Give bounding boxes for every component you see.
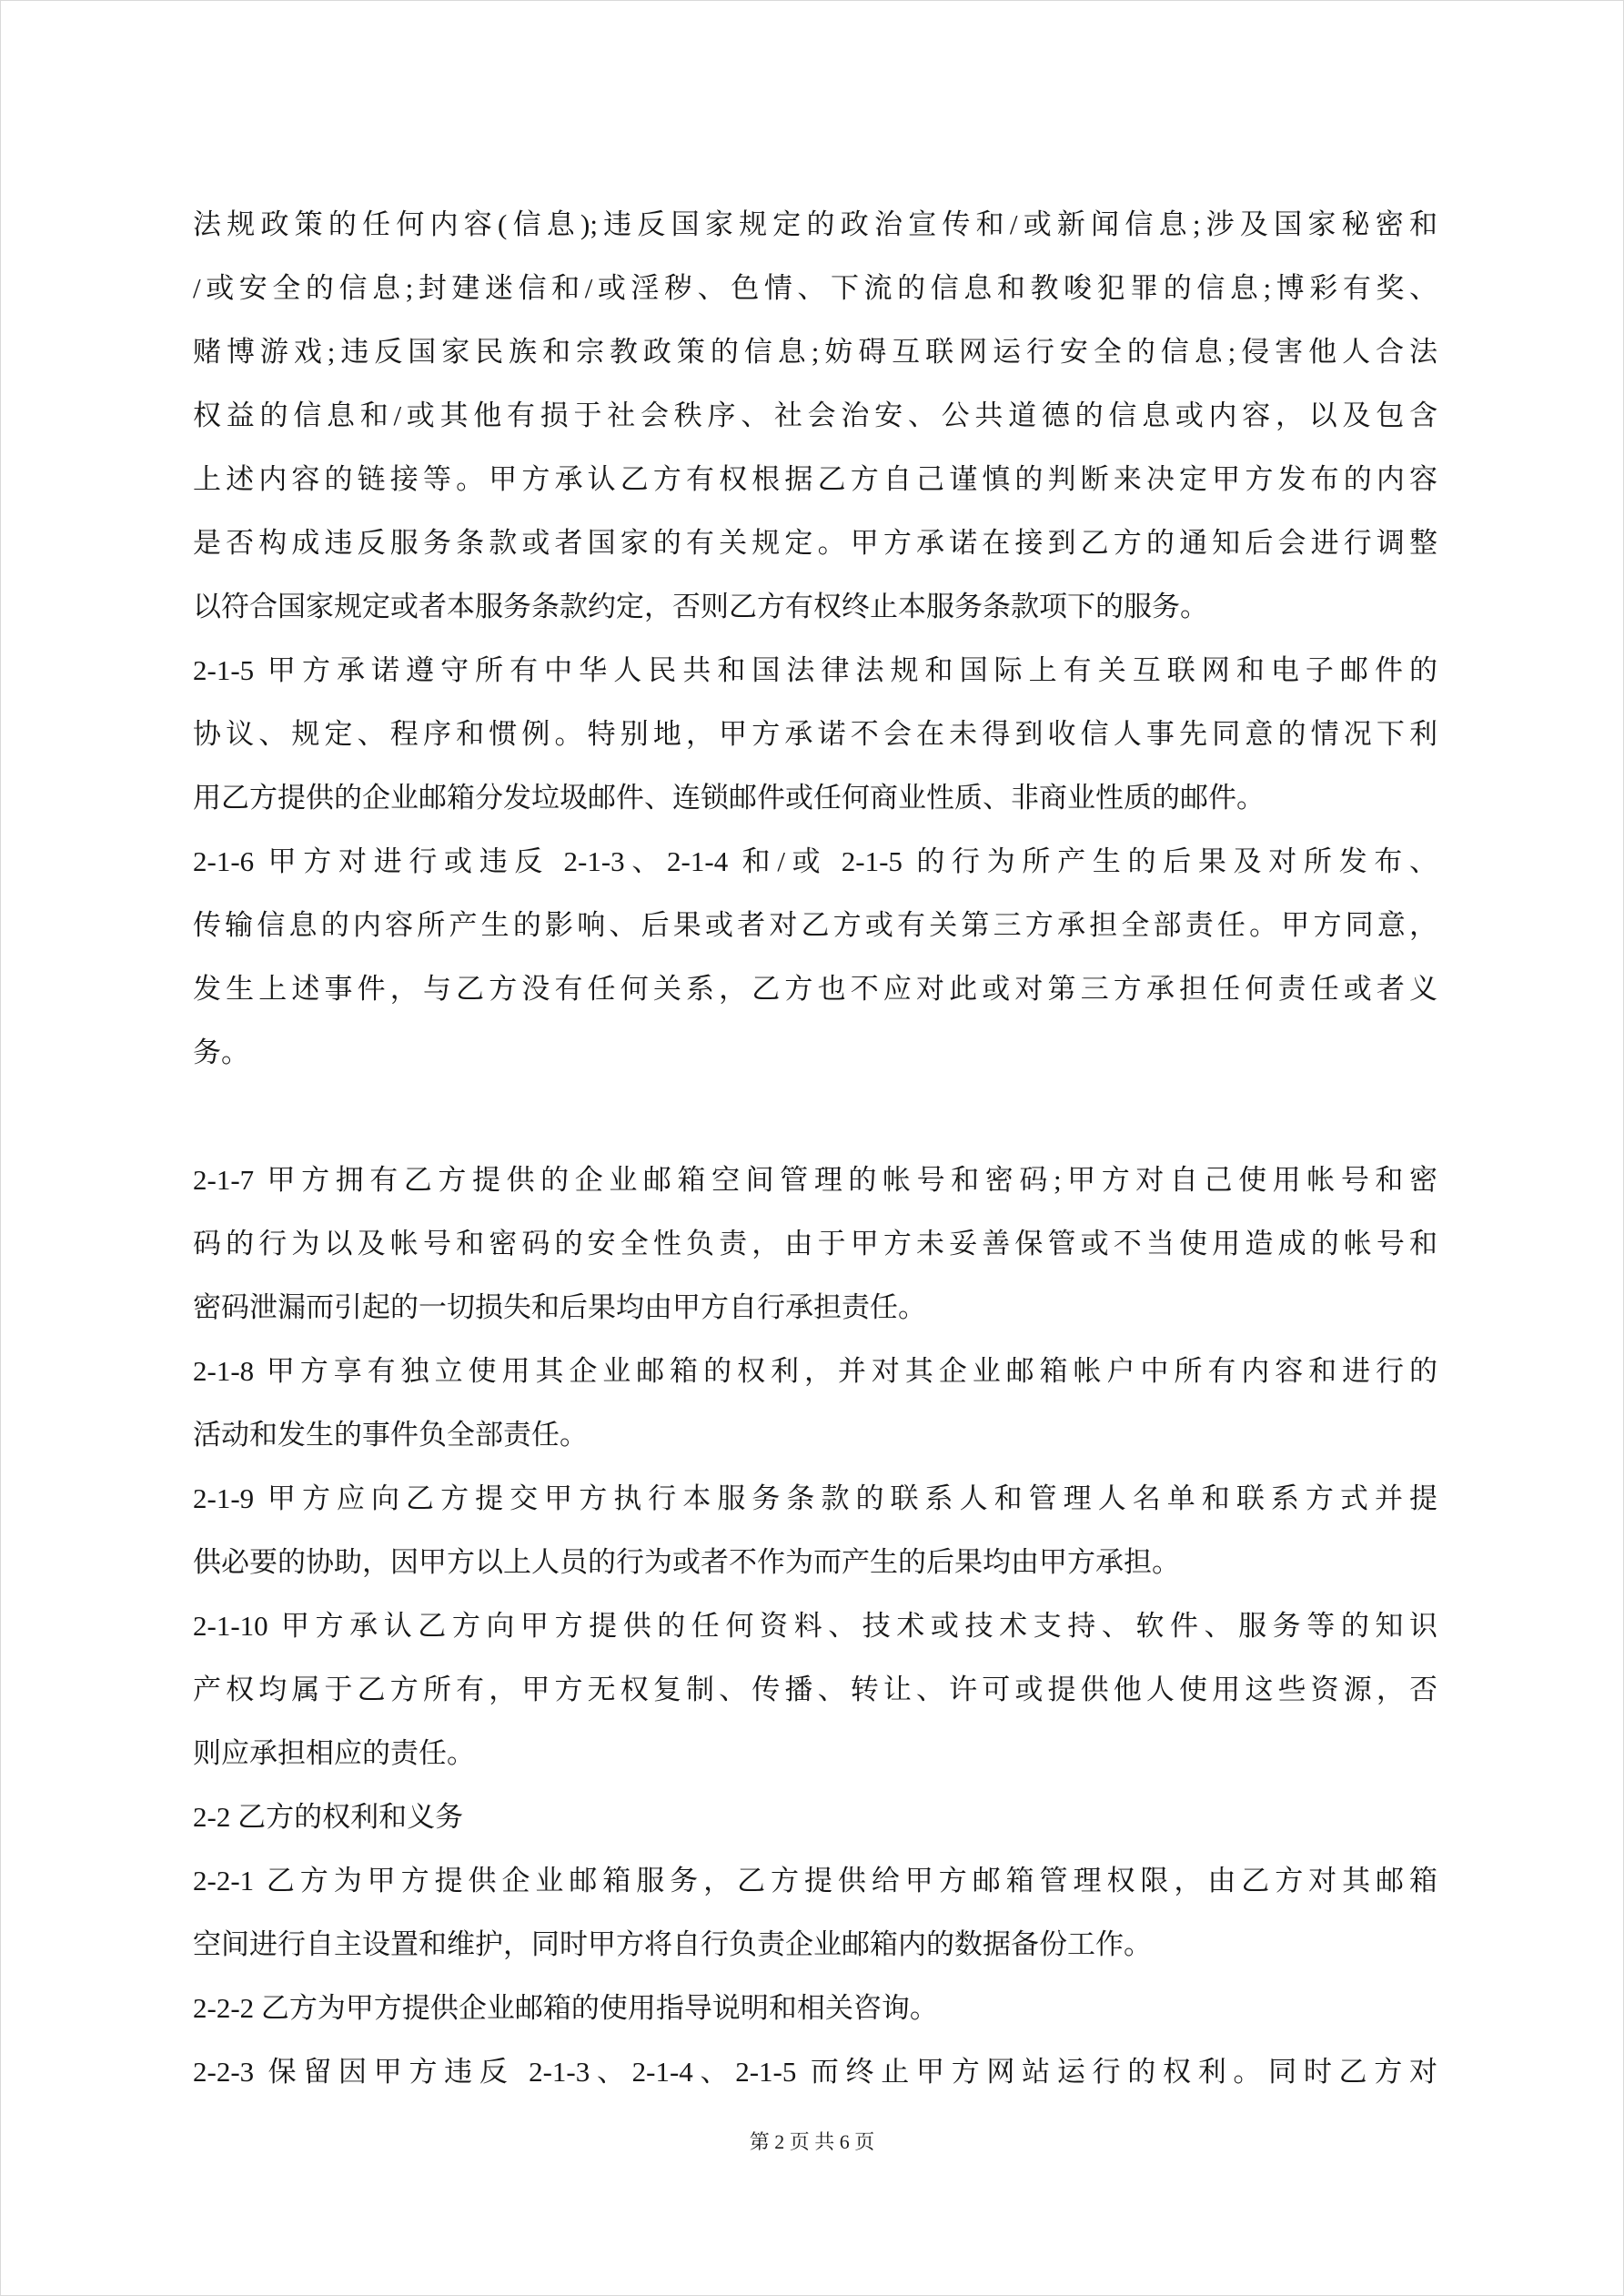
text-line: 2-1-9 甲方应向乙方提交甲方执行本服务条款的联系人和管理人名单和联系方式并提: [193, 1467, 1437, 1531]
text-line: /或安全的信息;封建迷信和/或淫秽、色情、下流的信息和教唆犯罪的信息;博彩有奖、: [193, 257, 1437, 320]
document-body: 法规政策的任何内容(信息);违反国家规定的政治宣传和/或新闻信息;涉及国家秘密和…: [193, 193, 1437, 2104]
text-line: 活动和发生的事件负全部责任。: [193, 1403, 1437, 1467]
document-page: 法规政策的任何内容(信息);违反国家规定的政治宣传和/或新闻信息;涉及国家秘密和…: [0, 0, 1624, 2296]
text-line: 法规政策的任何内容(信息);违反国家规定的政治宣传和/或新闻信息;涉及国家秘密和: [193, 193, 1437, 257]
text-line: 供必要的协助，因甲方以上人员的行为或者不作为而产生的后果均由甲方承担。: [193, 1531, 1437, 1594]
text-line: 2-1-8 甲方享有独立使用其企业邮箱的权利，并对其企业邮箱帐户中所有内容和进行…: [193, 1340, 1437, 1403]
text-line: 2-1-7 甲方拥有乙方提供的企业邮箱空间管理的帐号和密码;甲方对自己使用帐号和…: [193, 1148, 1437, 1212]
page-number: 第 2 页 共 6 页: [1, 2129, 1623, 2156]
text-line: 则应承担相应的责任。: [193, 1722, 1437, 1785]
text-line: 2-1-10 甲方承认乙方向甲方提供的任何资料、技术或技术支持、软件、服务等的知…: [193, 1594, 1437, 1658]
section-heading-line: 2-2 乙方的权利和义务: [193, 1785, 1437, 1849]
text-line: 2-1-5 甲方承诺遵守所有中华人民共和国法律法规和国际上有关互联网和电子邮件的: [193, 639, 1437, 703]
text-line: 产权均属于乙方所有，甲方无权复制、传播、转让、许可或提供他人使用这些资源，否: [193, 1658, 1437, 1722]
text-line: 2-1-6 甲方对进行或违反 2-1-3、2-1-4 和/或 2-1-5 的行为…: [193, 830, 1437, 894]
text-line: 务。: [193, 1021, 1437, 1085]
text-line: 上述内容的链接等。甲方承认乙方有权根据乙方自己谨慎的判断来决定甲方发布的内容: [193, 448, 1437, 511]
text-line: 空间进行自主设置和维护，同时甲方将自行负责企业邮箱内的数据备份工作。: [193, 1913, 1437, 1977]
text-line: 2-2-2 乙方为甲方提供企业邮箱的使用指导说明和相关咨询。: [193, 1977, 1437, 2040]
text-line: 以符合国家规定或者本服务条款约定，否则乙方有权终止本服务条款项下的服务。: [193, 575, 1437, 639]
text-line: 密码泄漏而引起的一切损失和后果均由甲方自行承担责任。: [193, 1276, 1437, 1340]
text-line: 用乙方提供的企业邮箱分发垃圾邮件、连锁邮件或任何商业性质、非商业性质的邮件。: [193, 766, 1437, 830]
text-line: 权益的信息和/或其他有损于社会秩序、社会治安、公共道德的信息或内容，以及包含: [193, 384, 1437, 448]
blank-line: [193, 1085, 1437, 1148]
text-line: 2-2-3 保留因甲方违反 2-1-3、2-1-4、2-1-5 而终止甲方网站运…: [193, 2040, 1437, 2104]
text-line: 码的行为以及帐号和密码的安全性负责，由于甲方未妥善保管或不当使用造成的帐号和: [193, 1212, 1437, 1276]
text-line: 2-2-1 乙方为甲方提供企业邮箱服务，乙方提供给甲方邮箱管理权限，由乙方对其邮…: [193, 1849, 1437, 1913]
text-line: 传输信息的内容所产生的影响、后果或者对乙方或有关第三方承担全部责任。甲方同意，: [193, 894, 1437, 957]
text-line: 协议、规定、程序和惯例。特别地，甲方承诺不会在未得到收信人事先同意的情况下利: [193, 703, 1437, 766]
text-line: 发生上述事件，与乙方没有任何关系，乙方也不应对此或对第三方承担任何责任或者义: [193, 957, 1437, 1021]
text-line: 赌博游戏;违反国家民族和宗教政策的信息;妨碍互联网运行安全的信息;侵害他人合法: [193, 320, 1437, 384]
text-line: 是否构成违反服务条款或者国家的有关规定。甲方承诺在接到乙方的通知后会进行调整: [193, 511, 1437, 575]
